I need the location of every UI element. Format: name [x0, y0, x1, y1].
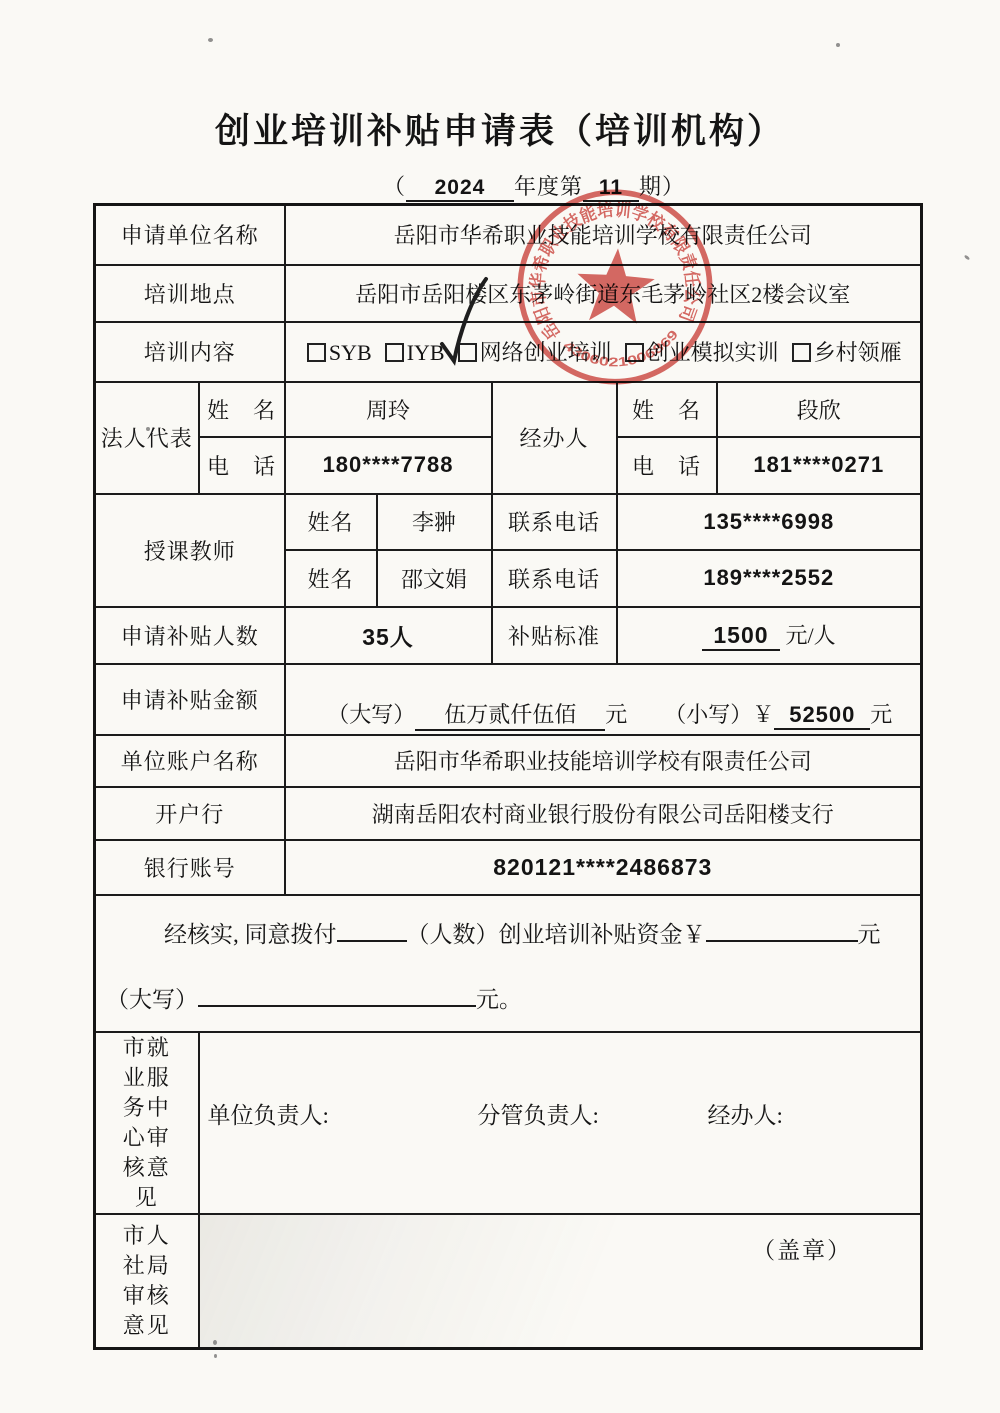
- handler-group-label: 经办人: [492, 382, 617, 494]
- page-title: 创业培训补贴申请表（培训机构）: [0, 104, 1000, 154]
- headcount-value[interactable]: 35人: [285, 607, 492, 664]
- subtitle-mid: 年度第: [514, 174, 583, 199]
- legal-rep-group-label: 法人代表: [95, 382, 199, 494]
- checkbox-iyb[interactable]: [385, 343, 404, 362]
- employment-center-label: 市就业服务中心审核意见: [114, 1033, 180, 1213]
- teacher2-name-value[interactable]: 邵文娟: [377, 550, 492, 607]
- amount-xiaoxie-label: （小写）￥: [664, 702, 774, 727]
- teachers-group-label: 授课教师: [95, 494, 285, 607]
- option-simulation-training-label: 创业模拟实训: [647, 340, 779, 365]
- teacher2-name-label: 姓名: [285, 550, 377, 607]
- checkbox-simulation-training[interactable]: [625, 343, 644, 362]
- standard-number: 1500: [702, 622, 780, 651]
- legal-rep-phone-label: 电 话: [199, 437, 285, 494]
- subtitle: （2024年度第11期）: [34, 170, 1000, 202]
- option-simulation-training[interactable]: 创业模拟实训: [625, 340, 779, 365]
- teacher1-phone-value[interactable]: 135****6998: [617, 494, 922, 550]
- verify-line1: 经核实, 同意拨付（人数）创业培训补贴资金￥元: [164, 916, 914, 949]
- bank-value[interactable]: 湖南岳阳农村商业银行股份有限公司岳阳楼支行: [285, 787, 922, 840]
- teacher1-phone-label: 联系电话: [492, 494, 617, 550]
- handler-phone-value[interactable]: 181****0271: [717, 437, 922, 494]
- verify-line1-unit: 元: [858, 922, 881, 947]
- employment-center-label-cell: 市就业服务中心审核意见: [95, 1032, 199, 1214]
- bank-label: 开户行: [95, 787, 285, 840]
- scan-speck: [208, 38, 213, 42]
- training-content-options: SYBIYB网络创业培训创业模拟实训乡村领雁: [285, 322, 922, 382]
- hr-bureau-label-cell: 市人社局审核意见: [95, 1214, 199, 1349]
- standard-value[interactable]: 1500 元/人: [617, 607, 922, 664]
- checkbox-syb[interactable]: [307, 343, 326, 362]
- teacher2-phone-label: 联系电话: [492, 550, 617, 607]
- legal-rep-name-value[interactable]: 周玲: [285, 382, 492, 437]
- verify-line2-unit: 元。: [476, 987, 522, 1012]
- amount-xiaoxie-field[interactable]: 52500: [774, 702, 870, 730]
- verify-line2: （大写）元。: [106, 981, 920, 1014]
- option-syb-label: SYB: [329, 340, 372, 365]
- standard-unit: 元/人: [785, 623, 835, 648]
- verification-section: 经核实, 同意拨付（人数）创业培训补贴资金￥元 （大写）元。: [95, 895, 922, 1032]
- division-head-label: 分管负责人:: [478, 1097, 599, 1130]
- option-online-training[interactable]: 网络创业培训: [458, 340, 612, 365]
- option-rural-leader-label: 乡村领雁: [814, 340, 902, 365]
- teacher1-name-value[interactable]: 李翀: [377, 494, 492, 550]
- option-syb[interactable]: SYB: [307, 340, 372, 365]
- scan-speck: [214, 1354, 217, 1358]
- training-location-label: 培训地点: [95, 265, 285, 322]
- verify-daxie-blank[interactable]: [198, 1005, 476, 1007]
- employment-center-opinion-cell[interactable]: 单位负责人: 分管负责人: 经办人:: [199, 1032, 922, 1214]
- unit-head-label: 单位负责人:: [208, 1097, 329, 1130]
- legal-rep-name-label: 姓 名: [199, 382, 285, 437]
- handler-name-label: 姓 名: [617, 382, 717, 437]
- teacher1-name-label: 姓名: [285, 494, 377, 550]
- amount-xiaoxie-unit: 元: [870, 702, 892, 727]
- standard-label: 补贴标准: [492, 607, 617, 664]
- hr-bureau-opinion-cell[interactable]: （盖章）: [199, 1214, 922, 1349]
- handler-name-value[interactable]: 段欣: [717, 382, 922, 437]
- checkbox-rural-leader[interactable]: [792, 343, 811, 362]
- handler-sign-label: 经办人:: [708, 1097, 783, 1130]
- legal-rep-phone-value[interactable]: 180****7788: [285, 437, 492, 494]
- training-location-value[interactable]: 岳阳市岳阳楼区东茅岭街道东毛茅岭社区2楼会议室: [285, 265, 922, 322]
- amount-daxie-label: （大写）: [327, 702, 415, 727]
- scan-speck: [964, 254, 971, 260]
- amount-daxie-unit: 元: [605, 702, 627, 727]
- scan-speck: [836, 43, 840, 47]
- seal-hint: （盖章）: [752, 1232, 852, 1265]
- verify-amount-blank[interactable]: [706, 940, 858, 942]
- subtitle-year-field[interactable]: 2024: [406, 176, 514, 202]
- account-number-value[interactable]: 820121****2486873: [285, 840, 922, 895]
- verify-line1-text2: （人数）创业培训补贴资金￥: [407, 922, 706, 947]
- hr-bureau-label: 市人社局审核意见: [114, 1221, 180, 1341]
- applicant-name-value[interactable]: 岳阳市华希职业技能培训学校有限责任公司: [285, 205, 922, 265]
- option-iyb-label: IYB: [407, 340, 445, 365]
- headcount-number: 35人: [362, 624, 414, 650]
- amount-daxie-field[interactable]: 伍万贰仟伍佰: [415, 698, 605, 731]
- applicant-name-label: 申请单位名称: [95, 205, 285, 265]
- subtitle-issue-field[interactable]: 11: [583, 176, 639, 202]
- subtitle-open: （: [383, 174, 406, 199]
- verify-headcount-blank[interactable]: [337, 940, 407, 942]
- option-iyb[interactable]: IYB: [385, 340, 445, 365]
- account-number-label: 银行账号: [95, 840, 285, 895]
- verify-daxie-label: （大写）: [106, 987, 198, 1012]
- subtitle-close: 期）: [639, 174, 685, 199]
- training-content-label: 培训内容: [95, 322, 285, 382]
- verify-line1-text: 经核实, 同意拨付: [164, 922, 337, 947]
- account-name-value[interactable]: 岳阳市华希职业技能培训学校有限责任公司: [285, 735, 922, 787]
- account-name-label: 单位账户名称: [95, 735, 285, 787]
- amount-label: 申请补贴金额: [95, 664, 285, 735]
- application-form-table: 申请单位名称 岳阳市华希职业技能培训学校有限责任公司 培训地点 岳阳市岳阳楼区东…: [93, 203, 923, 1350]
- teacher2-phone-value[interactable]: 189****2552: [617, 550, 922, 607]
- handler-phone-label: 电 话: [617, 437, 717, 494]
- checkbox-online-training[interactable]: [458, 343, 477, 362]
- headcount-label: 申请补贴人数: [95, 607, 285, 664]
- amount-value[interactable]: （大写）伍万贰仟伍佰元 （小写）￥52500元: [285, 664, 922, 735]
- option-online-training-label: 网络创业培训: [480, 340, 612, 365]
- option-rural-leader[interactable]: 乡村领雁: [792, 340, 902, 365]
